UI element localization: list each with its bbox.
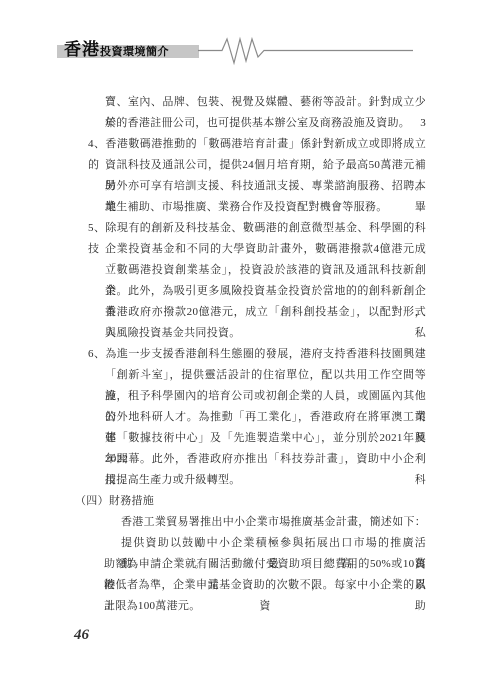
page-number: 46 <box>74 627 89 644</box>
text-line: 寶、室內、品牌、包裝、視覺及媒體、藝術等設計。針對成立少於3 <box>105 92 426 113</box>
text-line: 5、除現有的創新及科技基金、數碼港的創意微型基金、科學園的科技 <box>88 218 426 239</box>
page-header-title: 香港投資環境簡介 <box>64 35 169 60</box>
text-line: 業生補助、市場推廣、業務合作及投資配對機會等服務。 <box>105 197 426 218</box>
text-line: 年開幕。此外，香港政府亦推出「科技券計畫」，資助中小企利用科 <box>105 449 426 470</box>
text-line: 助額為申請企業就有關活動繳付受資助項目總費用的50%或10萬港元，以 <box>104 554 426 575</box>
pulse-line-icon <box>196 36 416 66</box>
body-text: 寶、室內、品牌、包裝、視覺及媒體、藝術等設計。針對成立少於3年的香港註冊公司，也… <box>88 92 426 617</box>
text-line: 4、香港數碼港推動的「數碼港培育計畫」係針對新成立或即將成立的 <box>88 134 426 155</box>
text-line: 香港政府亦撥款20億港元，成立「創科創投基金」，以配對形式與私 <box>105 302 426 323</box>
header-title-main: 香港 <box>64 40 100 59</box>
text-line: 較低者為準，企業申請基金資助的次數不限。每家中小企業的累計資助 <box>104 575 426 596</box>
text-line: 資訊科技及通訊公司，提供24個月培育期，給予最高50萬港元補助。 <box>105 155 426 176</box>
text-line: 提供資助以鼓勵中小企業積極參與拓展出口市場的推廣活動。最高資 <box>121 533 426 554</box>
text-line: 另外亦可享有培訓支援、科技通訊支援、專業諮詢服務、招聘本地畢 <box>105 176 426 197</box>
text-line: （四）財務措施 <box>75 491 426 512</box>
text-line: 「創新斗室」，提供靈活設計的住宿單位，配以共用工作空間等設 <box>105 365 426 386</box>
text-line: 6、為進一步支援香港創科生態圈的發展，港府支持香港科技園興建 <box>88 344 426 365</box>
text-line: 建「數據技術中心」及「先進製造業中心」，並分別於2021年及2022 <box>105 428 426 449</box>
text-line: 年的香港註冊公司，也可提供基本辦公室及商務設施及資助。 <box>105 113 426 134</box>
document-page: 香港投資環境簡介 寶、室內、品牌、包裝、視覺及媒體、藝術等設計。針對成立少於3年… <box>0 0 480 679</box>
text-line: 「數碼港投資創業基金」，投資設於該港的資訊及通訊科技新創企 <box>105 260 426 281</box>
text-line: 香港工業貿易署推出中小企業市場推廣基金計畫，簡述如下： <box>121 512 426 533</box>
text-line: 業。此外，為吸引更多風險投資基金投資於當地的的創科新創企業， <box>105 281 426 302</box>
text-line: 企業投資基金和不同的大學資助計畫外，數碼港撥款4億港元成立 <box>105 239 426 260</box>
header-title-sub: 投資環境簡介 <box>100 46 169 58</box>
text-line: 的外地科研人才。為推動「再工業化」，香港政府在將軍澳工業邨興 <box>105 407 426 428</box>
text-line: 施，租予科學園內的培育公司或初創企業的人員，或園區內其他公司 <box>105 386 426 407</box>
